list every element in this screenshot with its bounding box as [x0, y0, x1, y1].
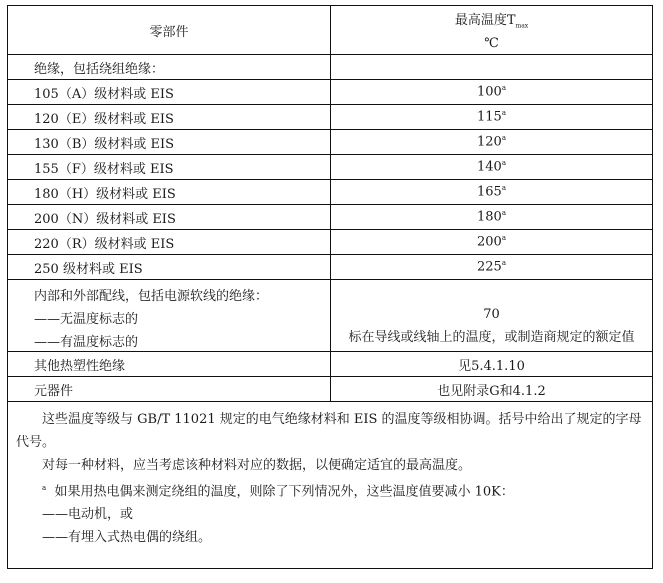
row-temp-cell: 200a [477, 234, 506, 249]
table-header: 零部件 最高温度Tmax ℃ [8, 6, 652, 55]
header-temp-unit: ℃ [484, 36, 499, 51]
row-temp-cell: 225a [477, 259, 506, 274]
row-temp: 225 [477, 260, 502, 275]
table-row: 180（H）级材料或 EIS165a [8, 180, 652, 205]
components-label: 元器件 [34, 380, 330, 399]
row-part: 220（R）级材料或 EIS [34, 233, 330, 252]
section-insulation-label: 绝缘，包括绕组绝缘： [34, 58, 330, 77]
row-temp: 120 [477, 135, 502, 150]
row-part: 200（N）级材料或 EIS [34, 208, 330, 227]
wiring-with-mark-temp: 标在导线或线轴上的温度，或制造商规定的额定值 [348, 326, 634, 349]
footnote-mark: a [42, 484, 46, 492]
note-paragraph-2: 对每一种材料，应当考虑该种材料对应的数据，以便确定适宜的最高温度。 [16, 454, 644, 477]
row-part: 105（A）级材料或 EIS [34, 83, 330, 102]
row-temp: 165 [477, 185, 502, 200]
wiring-row: 内部和外部配线，包括电源软线的绝缘： ——无温度标志的 ——有温度标志的 70 … [8, 280, 652, 352]
footnote-a: a 如果用热电偶来测定绕组的温度，则除了下列情况外，这些温度值要减小 10K： [16, 477, 644, 503]
row-temp: 100 [477, 85, 502, 100]
row-part: 250 级材料或 EIS [34, 258, 330, 277]
components-temp: 也见附录G和4.1.2 [437, 380, 545, 399]
row-footnote-mark: a [502, 134, 506, 142]
row-temp-cell: 140a [477, 159, 506, 174]
row-temp-cell: 120a [477, 134, 506, 149]
row-part: 155（F）级材料或 EIS [34, 158, 330, 177]
row-part: 120（E）级材料或 EIS [34, 108, 330, 127]
row-temp-cell: 115a [477, 109, 506, 124]
other-thermoplastic-temp: 见5.4.1.10 [458, 355, 525, 374]
row-temp: 200 [477, 235, 502, 250]
row-footnote-mark: a [502, 109, 506, 117]
header-temp: 最高温度Tmax ℃ [331, 6, 652, 54]
wiring-no-mark-temp: 70 [483, 303, 500, 326]
row-footnote-mark: a [502, 234, 506, 242]
row-temp: 115 [477, 110, 502, 125]
header-temp-title: 最高温度Tmax [455, 9, 528, 30]
section-insulation-row: 绝缘，包括绕组绝缘： [8, 55, 652, 80]
table-row: 120（E）级材料或 EIS115a [8, 105, 652, 130]
footnote-exception-2: ——有埋入式热电偶的绕组。 [16, 526, 644, 549]
table-notes: 这些温度等级与 GB/T 11021 规定的电气绝缘材料和 EIS 的温度等级相… [8, 402, 652, 568]
row-temp-cell: 180a [477, 209, 506, 224]
footnote-exception-1: ——电动机，或 [16, 503, 644, 526]
row-footnote-mark: a [502, 84, 506, 92]
row-temp-cell: 100a [477, 84, 506, 99]
row-temp-cell: 165a [477, 184, 506, 199]
row-footnote-mark: a [502, 259, 506, 267]
wiring-no-mark: ——无温度标志的 [34, 308, 330, 331]
components-row: 元器件 也见附录G和4.1.2 [8, 377, 652, 402]
header-temp-subscript: max [516, 23, 529, 30]
table-row: 105（A）级材料或 EIS100a [8, 80, 652, 105]
row-part: 130（B）级材料或 EIS [34, 133, 330, 152]
table-row: 130（B）级材料或 EIS120a [8, 130, 652, 155]
max-temperature-table: 零部件 最高温度Tmax ℃ 绝缘，包括绕组绝缘： 105（A）级材料或 EIS… [7, 5, 653, 569]
wiring-title: 内部和外部配线，包括电源软线的绝缘： [34, 285, 330, 308]
row-part: 180（H）级材料或 EIS [34, 183, 330, 202]
row-footnote-mark: a [502, 209, 506, 217]
wiring-with-mark: ——有温度标志的 [34, 331, 330, 354]
note-paragraph-1: 这些温度等级与 GB/T 11021 规定的电气绝缘材料和 EIS 的温度等级相… [16, 408, 644, 454]
header-part: 零部件 [8, 6, 331, 54]
row-footnote-mark: a [502, 184, 506, 192]
table-row: 155（F）级材料或 EIS140a [8, 155, 652, 180]
table-row: 200（N）级材料或 EIS180a [8, 205, 652, 230]
header-part-label: 零部件 [149, 21, 188, 40]
table-row: 220（R）级材料或 EIS200a [8, 230, 652, 255]
table-row: 250 级材料或 EIS225a [8, 255, 652, 280]
row-footnote-mark: a [502, 159, 506, 167]
other-thermoplastic-row: 其他热塑性绝缘 见5.4.1.10 [8, 352, 652, 377]
row-temp: 140 [477, 160, 502, 175]
footnote-text: 如果用热电偶来测定绕组的温度，则除了下列情况外，这些温度值要减小 10K： [54, 484, 513, 499]
row-temp: 180 [477, 210, 502, 225]
header-temp-label: 最高温度T [455, 13, 516, 28]
other-thermoplastic-label: 其他热塑性绝缘 [34, 355, 330, 374]
